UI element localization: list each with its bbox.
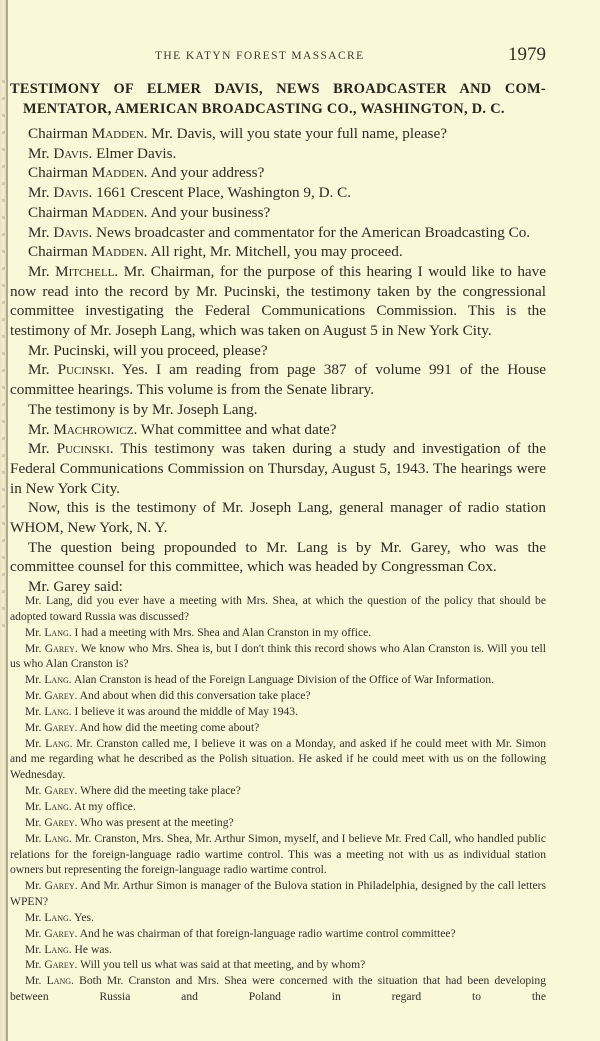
hearing-transcript: Chairman Madden. Mr. Davis, will you sta…	[10, 124, 546, 597]
running-head: THE KATYN FOREST MASSACRE 1979	[10, 44, 546, 68]
quoted-testimony: Mr. Lang, did you ever have a meeting wi…	[10, 593, 546, 1005]
quote-paragraph: Mr. Lang. Mr. Cranston called me, I beli…	[10, 736, 546, 784]
paragraph: Chairman Madden. Mr. Davis, will you sta…	[10, 124, 546, 144]
quote-paragraph: Mr. Lang, did you ever have a meeting wi…	[10, 593, 546, 625]
paragraph: Mr. Davis. 1661 Crescent Place, Washingt…	[10, 183, 546, 203]
paragraph: Mr. Pucinski. This testimony was taken d…	[10, 439, 546, 498]
quote-paragraph: Mr. Garey. And how did the meeting come …	[10, 720, 546, 736]
quote-paragraph: Mr. Garey. And he was chairman of that f…	[10, 926, 546, 942]
paragraph: Mr. Pucinski, will you proceed, please?	[10, 341, 546, 361]
running-title: THE KATYN FOREST MASSACRE	[155, 50, 365, 62]
quote-paragraph: Mr. Garey. We know who Mrs. Shea is, but…	[10, 641, 546, 673]
section-heading-line-2: MENTATOR, AMERICAN BROADCASTING CO., WAS…	[10, 99, 546, 119]
quote-paragraph: Mr. Lang. Alan Cranston is head of the F…	[10, 672, 546, 688]
paragraph: Now, this is the testimony of Mr. Joseph…	[10, 498, 546, 537]
quote-paragraph: Mr. Lang. At my office.	[10, 799, 546, 815]
quote-paragraph: Mr. Garey. And Mr. Arthur Simon is manag…	[10, 878, 546, 910]
quote-paragraph: Mr. Lang. Both Mr. Cranston and Mrs. She…	[10, 973, 546, 1005]
paragraph: Chairman Madden. All right, Mr. Mitchell…	[10, 242, 546, 262]
page-number: 1979	[508, 44, 546, 66]
paragraph: Mr. Machrowicz. What committee and what …	[10, 420, 546, 440]
quote-paragraph: Mr. Garey. Will you tell us what was sai…	[10, 957, 546, 973]
paragraph: Mr. Pucinski. Yes. I am reading from pag…	[10, 360, 546, 399]
quote-paragraph: Mr. Garey. Where did the meeting take pl…	[10, 783, 546, 799]
quote-paragraph: Mr. Lang. I had a meeting with Mrs. Shea…	[10, 625, 546, 641]
paragraph: Chairman Madden. And your business?	[10, 203, 546, 223]
paragraph: The question being propounded to Mr. Lan…	[10, 538, 546, 577]
section-heading-line-1: TESTIMONY OF ELMER DAVIS, NEWS BROADCAST…	[10, 79, 546, 99]
paragraph: Mr. Davis. News broadcaster and commenta…	[10, 223, 546, 243]
paragraph: The testimony is by Mr. Joseph Lang.	[10, 400, 546, 420]
binding-margin-marks	[2, 80, 5, 640]
quote-paragraph: Mr. Garey. And about when did this conve…	[10, 688, 546, 704]
paragraph: Mr. Davis. Elmer Davis.	[10, 144, 546, 164]
quote-paragraph: Mr. Lang. Yes.	[10, 910, 546, 926]
quote-paragraph: Mr. Garey. Who was present at the meetin…	[10, 815, 546, 831]
section-heading: TESTIMONY OF ELMER DAVIS, NEWS BROADCAST…	[10, 79, 546, 119]
quote-paragraph: Mr. Lang. I believe it was around the mi…	[10, 704, 546, 720]
quote-paragraph: Mr. Lang. He was.	[10, 942, 546, 958]
paragraph: Chairman Madden. And your address?	[10, 163, 546, 183]
paragraph: Mr. Mitchell. Mr. Chairman, for the purp…	[10, 262, 546, 341]
quote-paragraph: Mr. Lang. Mr. Cranston, Mrs. Shea, Mr. A…	[10, 831, 546, 879]
